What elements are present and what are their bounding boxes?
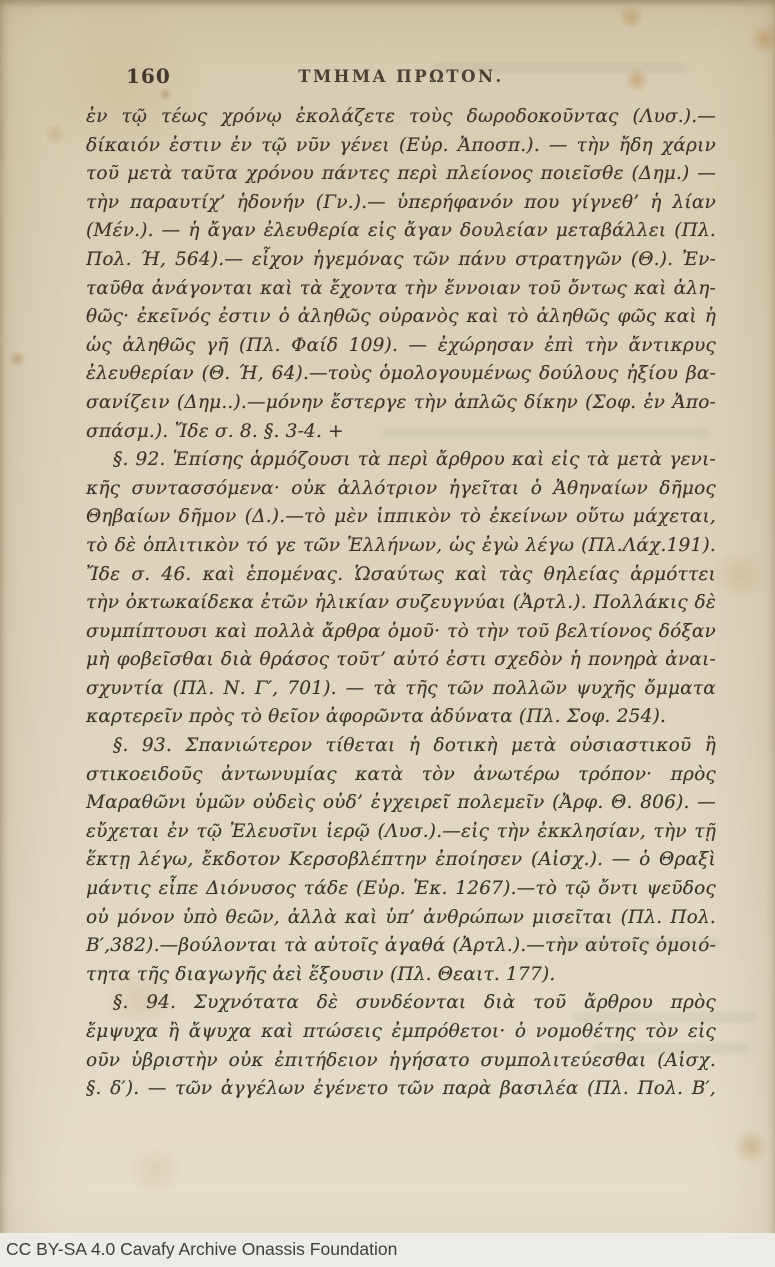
text-line: στικοειδοῦς ἀντωνυμίας κατὰ τὸν ἀνωτέρω … (86, 761, 716, 790)
text-line: οὐ μόνον ὑπὸ θεῶν, ἀλλὰ καὶ ὑπ’ ἀνθρώπων… (86, 904, 716, 933)
book-page-scan: 160 ΤΜΗΜΑ ΠΡΩΤΟΝ. ἐν τῷ τέως χρόνῳ ἐκολά… (0, 0, 775, 1267)
text-line: ἐλευθερίαν (Θ. Ή, 64).—τοὺς ὁμολογουμένω… (86, 360, 716, 389)
text-line: σπάσμ.). Ἴδε σ. 8. §. 3-4. + (86, 418, 716, 447)
text-line: καρτερεῖν πρὸς τὸ θεῖον ἀφορῶντα ἀδύνατα… (86, 703, 716, 732)
text-line: εὔχεται ἐν τῷ Ἐλευσῖνι ἱερῷ (Λυσ.).—εἰς … (86, 818, 716, 847)
text-line: ὡς ἀληθῶς γῆ (Πλ. Φαίδ 109). — ἐχώρησαν … (86, 332, 716, 361)
foxing-stain (42, 124, 68, 144)
text-line: Β′,382).—βούλονται τὰ αὑτοῖς ἀγαθά (Ἀρτλ… (86, 932, 716, 961)
running-header: ΤΜΗΜΑ ΠΡΩΤΟΝ. (86, 67, 716, 86)
text-line: τὴν ὀκτωκαίδεκα ἐτῶν ἡλικίαν συζευγνύαι … (86, 589, 716, 618)
text-line: §. 94. Συχνότατα δὲ συνδέονται διὰ τοῦ ἄ… (86, 989, 716, 1018)
text-line: §. 92. Ἐπίσης ἁρμόζουσι τὰ περὶ ἄρθρου κ… (86, 446, 716, 475)
text-line: θῶς· ἐκεῖνός ἐστιν ὁ ἀληθῶς οὐρανὸς καὶ … (86, 303, 716, 332)
text-line: τοῦ μετὰ ταῦτα χρόνου πάντες περὶ πλείον… (86, 160, 716, 189)
text-line: Μαραθῶνι ὑμῶν οὐδεὶς οὐδ’ ἐγχειρεῖ πολεμ… (86, 789, 716, 818)
text-line: §. 93. Σπανιώτερον τίθεται ἡ δοτικὴ μετὰ… (86, 732, 716, 761)
license-bar: CC BY-SA 4.0 Cavafy Archive Onassis Foun… (0, 1233, 775, 1267)
text-line: κῆς συντασσόμενα· οὐκ ἀλλότριον ἡγεῖται … (86, 475, 716, 504)
text-line: δίκαιόν ἐστιν ἐν τῷ νῦν γένει (Εὐρ. Ἀποσ… (86, 132, 716, 161)
text-line: ταῦθα ἀνάγονται καὶ τὰ ἔχοντα τὴν ἔννοια… (86, 275, 716, 304)
text-line: Πολ. Ή, 564).— εἶχον ἡγεμόνας τῶν πάνυ σ… (86, 246, 716, 275)
text-line: ἔμψυχα ἢ ἄψυχα καὶ πτώσεις ἐμπρόθετοι· ὁ… (86, 1018, 716, 1047)
foxing-stain (120, 1150, 190, 1190)
text-line: ἐν τῷ τέως χρόνῳ ἐκολάζετε τοὺς δωροδοκο… (86, 103, 716, 132)
foxing-stain (8, 350, 26, 368)
text-line: ἕκτῃ λέγω, ἔκδοτον Κερσοβλέπτην ἐποίησεν… (86, 846, 716, 875)
text-line: οῦν ὑβριστὴν οὐκ ἐπιτήδειον ἡγήσατο συμπ… (86, 1047, 716, 1076)
text-line: συμπίπτουσι καὶ πολλὰ ἄρθρα ὁμοῦ· τὸ τὴν… (86, 618, 716, 647)
text-line: μὴ φοβεῖσθαι διὰ θράσος τοῦτ’ αὐτό ἐστι … (86, 646, 716, 675)
text-line: τὸ δὲ ὁπλιτικὸν τό γε τῶν Ἑλλήνων, ὡς ἐγ… (86, 532, 716, 561)
foxing-stain (748, 24, 775, 54)
text-line: σχυντία (Πλ. Ν. Γ′, 701). — τὰ τῆς τῶν π… (86, 675, 716, 704)
text-line: §. δ′). — τῶν ἀγγέλων ἐγένετο τῶν παρὰ β… (86, 1075, 716, 1104)
text-line: (Μέν.). — ἡ ἄγαν ἐλευθερία εἰς ἄγαν δουλ… (86, 217, 716, 246)
license-text: CC BY-SA 4.0 Cavafy Archive Onassis Foun… (6, 1239, 397, 1259)
text-line: τὴν παραυτίχ’ ἡδονήν (Γν.).— ὑπερήφανόν … (86, 189, 716, 218)
page-head: 160 ΤΜΗΜΑ ΠΡΩΤΟΝ. (86, 64, 716, 90)
page-body: ἐν τῷ τέως χρόνῳ ἐκολάζετε τοὺς δωροδοκο… (86, 103, 716, 1104)
text-line: τητα τῆς διαγωγῆς ἀεὶ ἕξουσιν (Πλ. Θεαιτ… (86, 961, 716, 990)
foxing-stain (616, 6, 646, 28)
text-line: μάντις εἶπε Διόνυσος τάδε (Εὐρ. Ἑκ. 1267… (86, 875, 716, 904)
foxing-stain (732, 1130, 770, 1164)
text-line: Ἴδε σ. 46. καὶ ἑπομένας. Ὡσαύτως καὶ τὰς… (86, 561, 716, 590)
text-line: Θηβαίων δῆμον (Δ.).—τὸ μὲν ἱππικὸν τὸ ἐκ… (86, 503, 716, 532)
text-line: σανίζειν (Δημ..).—μόνην ἔστεργε τὴν ἁπλῶ… (86, 389, 716, 418)
